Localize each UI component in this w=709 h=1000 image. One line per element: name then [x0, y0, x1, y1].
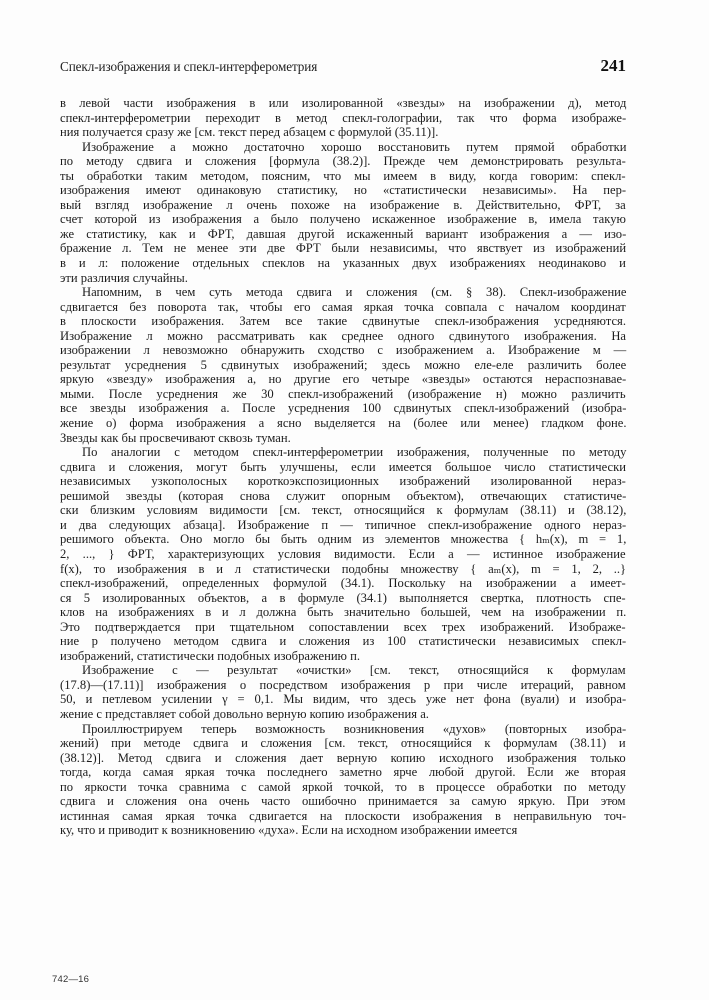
text-line: яркую «звезду» изображения а, но другие …: [60, 372, 626, 387]
text-line: Изображение л можно рассматривать как ср…: [60, 329, 626, 344]
text-line: f(x), то изображения в и л статистически…: [60, 562, 626, 577]
text-line: жение с представляет собой довольно верн…: [60, 707, 626, 722]
text-line: в и л: положение отдельных спеклов на ук…: [60, 256, 626, 271]
text-line: ку, что и приводит к возникновению «духа…: [60, 823, 626, 838]
body-text: в левой части изображения в или изолиров…: [60, 96, 626, 838]
text-line: Проиллюстрируем теперь возможность возни…: [60, 722, 626, 737]
text-line: по методу сдвига и сложения [формула (38…: [60, 154, 626, 169]
paragraph: Изображение а можно достаточно хорошо во…: [60, 140, 626, 285]
text-line: По аналогии с методом спекл-интерферомет…: [60, 445, 626, 460]
paragraph: в левой части изображения в или изолиров…: [60, 96, 626, 140]
paragraph: Напомним, в чем суть метода сдвига и сло…: [60, 285, 626, 445]
text-line: в плоскости изображения. Затем все такие…: [60, 314, 626, 329]
text-line: ски близким условиям видимости [см. текс…: [60, 503, 626, 518]
text-line: спекл-изображений, определенных формулой…: [60, 576, 626, 591]
running-title: Спекл-изображения и спекл-интерферометри…: [60, 59, 317, 75]
text-line: и два следующих абзаца]. Изображение п —…: [60, 518, 626, 533]
text-line: жений) при методе сдвига и сложения [см.…: [60, 736, 626, 751]
book-page: Спекл-изображения и спекл-интерферометри…: [0, 0, 709, 1000]
page-number: 241: [601, 56, 627, 76]
text-line: Звезды как бы просвечивают сквозь туман.: [60, 431, 626, 446]
text-line: ты обработки таким методом, поясним, что…: [60, 169, 626, 184]
text-line: бражение л. Тем не менее эти две ФРТ был…: [60, 241, 626, 256]
print-mark: [609, 801, 614, 802]
text-line: 50, и петлевом усилении γ = 0,1. Мы види…: [60, 692, 626, 707]
text-line: (38.12)]. Метод сдвига и сложения дает в…: [60, 751, 626, 766]
text-line: счет которой из изображения а было получ…: [60, 212, 626, 227]
text-line: в левой части изображения в или изолиров…: [60, 96, 626, 111]
text-line: решимого объекта. Оно могло бы быть одни…: [60, 532, 626, 547]
text-line: все звезды изображения а. После усреднен…: [60, 401, 626, 416]
text-line: же статистику, как и ФРТ, давшая другой …: [60, 227, 626, 242]
text-line: ние р получено методом сдвига и сложения…: [60, 634, 626, 649]
text-line: Изображение с — результат «очистки» [см.…: [60, 663, 626, 678]
text-line: тогда, когда самая яркая точка последнег…: [60, 765, 626, 780]
paragraph: По аналогии с методом спекл-интерферомет…: [60, 445, 626, 663]
text-line: (17.8)—(17.11)] изображения о посредство…: [60, 678, 626, 693]
text-line: сдвига и сложения она очень часто ошибоч…: [60, 794, 626, 809]
running-head: Спекл-изображения и спекл-интерферометри…: [60, 56, 626, 76]
text-line: спекл-интерферометрии переходит в метод …: [60, 111, 626, 126]
text-line: сдвигается без поворота так, чтобы его с…: [60, 300, 626, 315]
text-line: изображений, статистически подобных изоб…: [60, 649, 626, 664]
text-line: результат усреднения 5 сдвинутых изображ…: [60, 358, 626, 373]
text-line: Это подтверждается при тщательном сопост…: [60, 620, 626, 635]
printer-signature: 742—16: [52, 974, 89, 985]
text-line: независимых узкополосных короткоэкспозиц…: [60, 474, 626, 489]
text-line: изображении л невозможно обнаружить сход…: [60, 343, 626, 358]
text-line: Напомним, в чем суть метода сдвига и сло…: [60, 285, 626, 300]
text-line: вый взгляд изображение л очень похоже на…: [60, 198, 626, 213]
paragraph: Проиллюстрируем теперь возможность возни…: [60, 722, 626, 838]
text-line: решимой звезды (которая снова служит опо…: [60, 489, 626, 504]
text-line: клов на изображениях в и л должна быть з…: [60, 605, 626, 620]
text-line: жение о) форма изображения а ясно выделя…: [60, 416, 626, 431]
text-line: Изображение а можно достаточно хорошо во…: [60, 140, 626, 155]
text-line: эти различия случайны.: [60, 271, 626, 286]
text-line: ся 5 изолированных объектов, а в формуле…: [60, 591, 626, 606]
text-line: по яркости точка сравнима с самой яркой …: [60, 780, 626, 795]
text-line: истинная самая яркая точка сдвигается на…: [60, 809, 626, 824]
text-line: ния получается сразу же [см. текст перед…: [60, 125, 626, 140]
text-line: изображения имеют одинаковую статистику,…: [60, 183, 626, 198]
text-line: сдвига и сложения, могут быть улучшены, …: [60, 460, 626, 475]
text-line: мыми. После усреднения же 30 спекл-изобр…: [60, 387, 626, 402]
text-line: 2, ..., } ФРТ, характеризующих условия в…: [60, 547, 626, 562]
paragraph: Изображение с — результат «очистки» [см.…: [60, 663, 626, 721]
